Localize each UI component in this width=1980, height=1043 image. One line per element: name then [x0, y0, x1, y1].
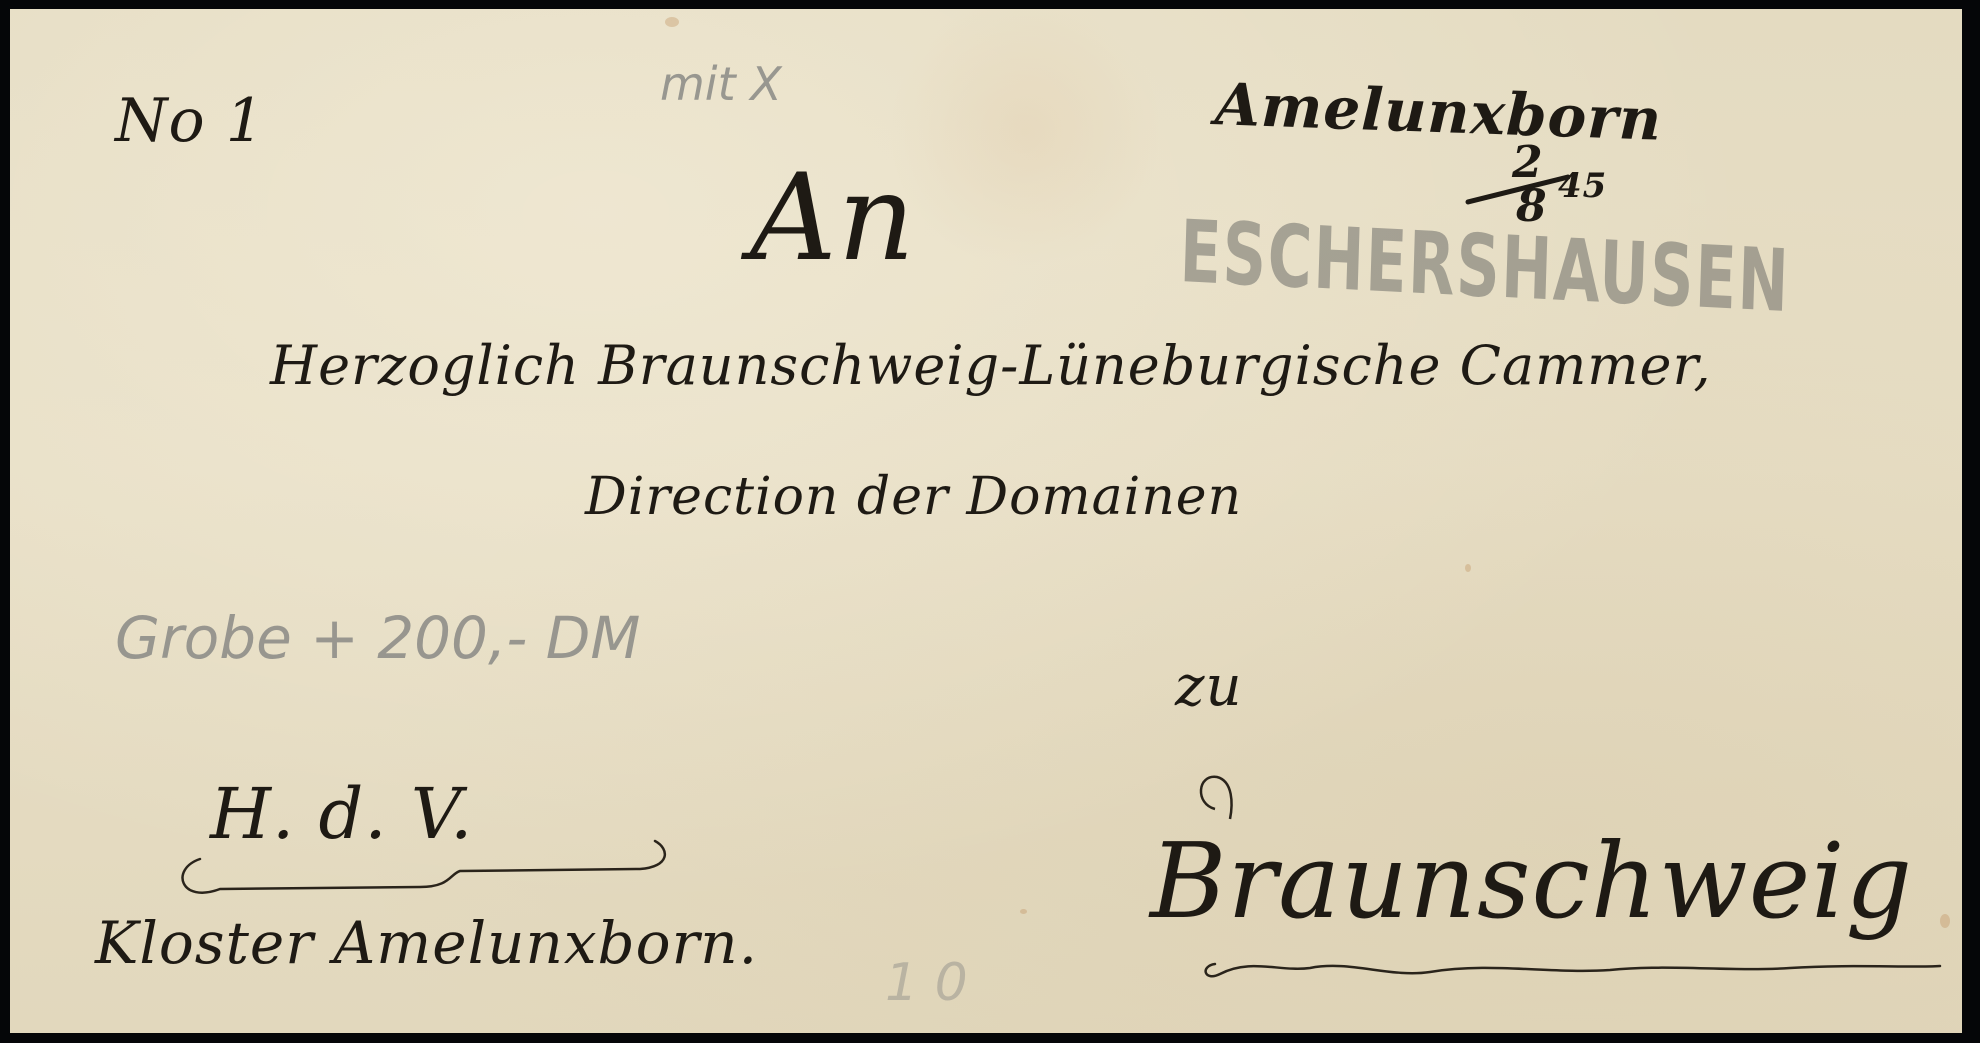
foxing-spot: [1940, 914, 1950, 928]
city-underline-flourish-icon: [1190, 944, 1970, 994]
pencil-note-price: Grobe + 200,- DM: [115, 609, 640, 667]
address-city: Braunschweig: [1150, 829, 1913, 933]
letter-cover-paper: No 1 mit X Amelunxborn 2 8 45 ESCHERSHAU…: [10, 9, 1962, 1033]
address-preposition: zu: [1175, 659, 1243, 715]
address-line-1: Herzoglich Braunschweig-Lüneburgische Ca…: [270, 339, 1712, 393]
pencil-note-top: mit X: [660, 61, 782, 107]
origin-manuscript: Amelunxborn: [1214, 75, 1663, 149]
date-year: 45: [1558, 169, 1607, 203]
date-day: 2: [1512, 141, 1544, 185]
pencil-note-bottom: 1 0: [885, 957, 968, 1009]
letter-number: No 1: [115, 91, 265, 151]
postmark-stamp: ESCHERSHAUSEN: [1179, 209, 1791, 325]
sender-mark-flourish-icon: [160, 829, 690, 909]
sender-place: Kloster Amelunxborn.: [95, 914, 758, 972]
foxing-spot: [1465, 564, 1471, 572]
foxing-spot: [1020, 909, 1027, 914]
address-salutation: An: [750, 159, 916, 279]
foxing-spot: [665, 17, 679, 27]
address-line-2: Direction der Domainen: [585, 471, 1242, 523]
